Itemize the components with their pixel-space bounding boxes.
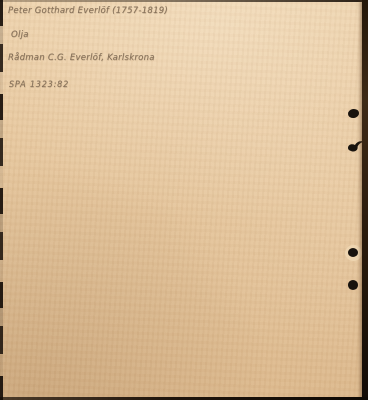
handwritten-sitter-name: Peter Gotthard Everlöf (1757-1819) (8, 6, 168, 16)
scan-edge-right (362, 0, 368, 400)
handwritten-medium: Olja (11, 30, 29, 40)
scan-edge-left (0, 0, 3, 400)
ink-dot-3 (348, 248, 358, 257)
handwritten-archive-number: SPA 1323:82 (9, 80, 69, 90)
ink-dot-4 (348, 280, 358, 290)
handwritten-owner-location: Rådman C.G. Everlöf, Karlskrona (8, 53, 155, 63)
scan-edge-top (0, 0, 368, 2)
scanned-archive-card: Peter Gotthard Everlöf (1757-1819) Olja … (0, 0, 368, 400)
